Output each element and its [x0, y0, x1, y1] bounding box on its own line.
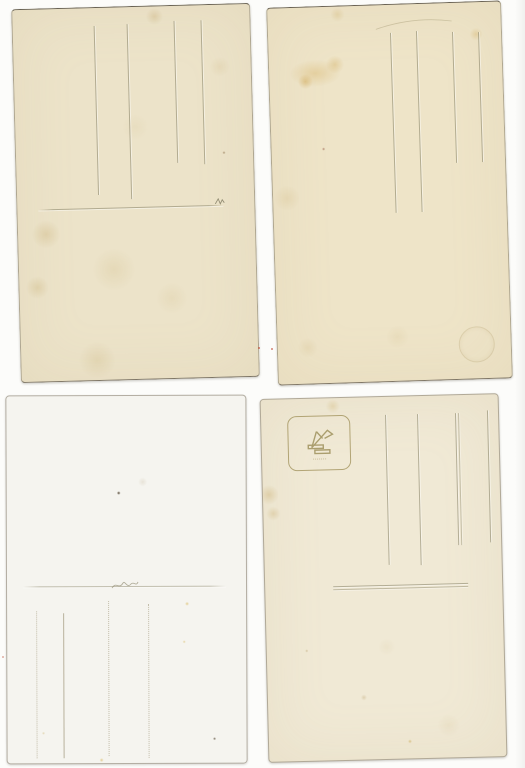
embossed-circle-stamp	[458, 326, 495, 363]
rule-end-scribble-icon	[214, 197, 225, 206]
dust-speck	[271, 348, 273, 350]
address-line-4	[487, 410, 491, 542]
address-line-1	[385, 415, 390, 565]
address-line-4	[200, 20, 205, 164]
postcard-back-top-left	[11, 3, 260, 383]
scratch-mark	[373, 15, 453, 32]
publisher-monogram-icon	[302, 426, 337, 457]
micro-imprint	[313, 458, 326, 459]
photo-canvas	[0, 0, 525, 768]
address-line-1	[390, 33, 397, 213]
postcard-back-bottom-left	[5, 395, 247, 765]
calligraphic-flourish-icon	[111, 579, 139, 591]
message-line-3	[108, 601, 111, 756]
message-line-4	[148, 604, 151, 758]
stamp-box	[287, 415, 351, 472]
address-line-3	[452, 32, 457, 163]
message-line-2	[63, 613, 65, 758]
address-line-2	[127, 24, 133, 199]
dust-speck	[2, 656, 4, 658]
aging-stains	[12, 4, 259, 382]
postcard-back-bottom-right	[260, 393, 508, 763]
address-line-2	[416, 31, 423, 212]
address-line-3	[174, 21, 179, 163]
sender-rule	[38, 205, 223, 211]
message-line-1	[36, 611, 39, 758]
address-line-2	[417, 414, 422, 565]
dust-speck	[258, 347, 260, 349]
address-line-4	[478, 32, 483, 162]
postcard-back-top-right	[266, 0, 513, 385]
address-line-1	[94, 26, 99, 195]
